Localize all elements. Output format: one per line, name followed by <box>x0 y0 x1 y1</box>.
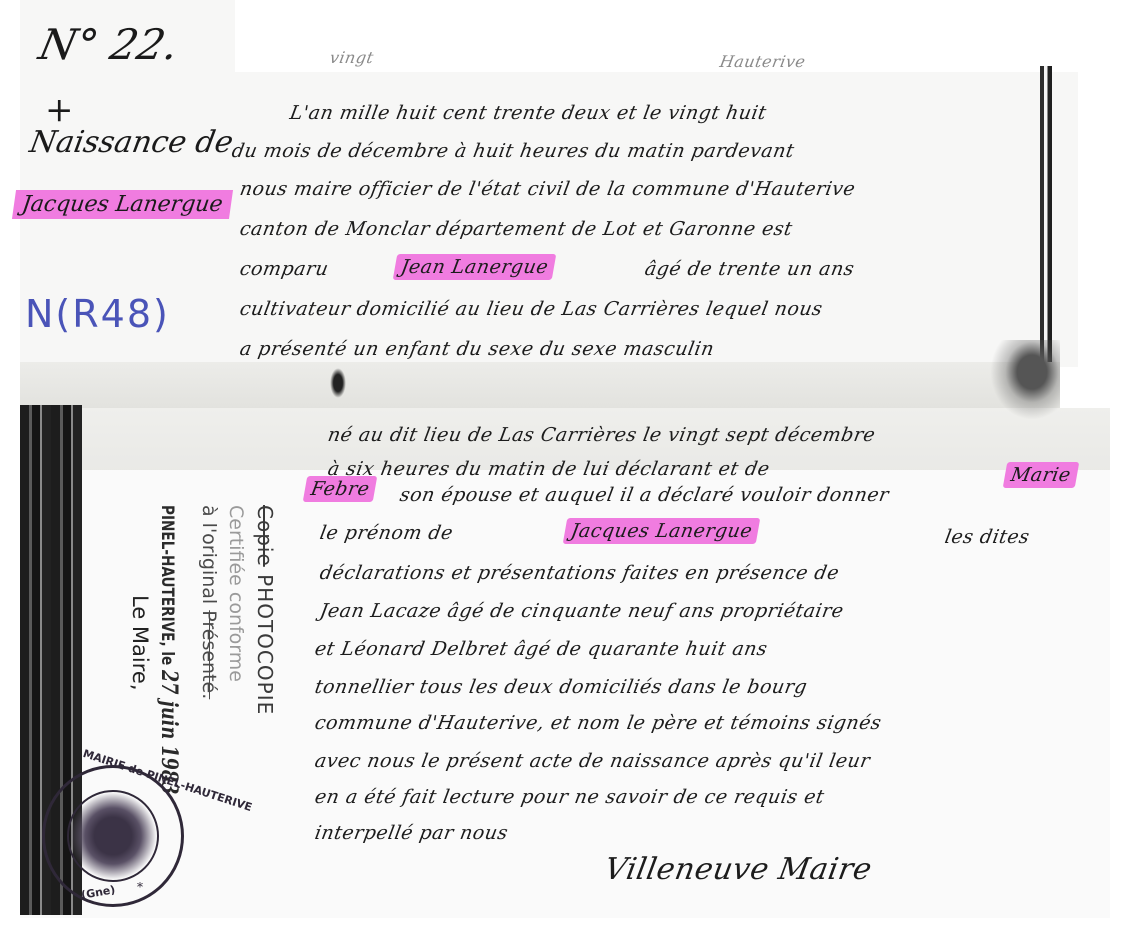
body-line: Jean Lacaze âgé de cinquante neuf ans pr… <box>318 600 845 622</box>
body-line: L'an mille huit cent trente deux et le v… <box>288 102 768 124</box>
body-line: avec nous le présent acte de naissance a… <box>313 750 872 772</box>
body-line: âgé de trente un ans <box>643 258 856 280</box>
stamp-line-original: à l'original Présenté. <box>198 505 220 699</box>
margin-child-name: Jacques Lanergue <box>12 190 233 219</box>
body-line: comparu <box>238 258 330 280</box>
body-line: a présenté un enfant du sexe du sexe mas… <box>238 338 716 360</box>
seal-text-bottom: (Gne) <box>80 883 116 902</box>
body-line: cultivateur domicilié au lieu de Las Car… <box>238 298 824 320</box>
faint-header-text: Hauterive <box>718 52 807 71</box>
mairie-seal: MAIRIE de PINEL-HAUTERIVE (Gne) * <box>42 765 184 907</box>
body-line: commune d'Hauterive, et nom le père et t… <box>313 712 883 734</box>
paper-fold <box>20 362 1060 410</box>
body-line: à six heures du matin de lui déclarant e… <box>326 458 771 480</box>
body-line: nous maire officier de l'état civil de l… <box>238 178 857 200</box>
body-line: déclarations et présentations faites en … <box>318 562 841 584</box>
seal-emblem-icon <box>67 790 159 882</box>
body-line: son épouse et auquel il a déclaré vouloi… <box>398 484 891 506</box>
archive-reference: N(R48) <box>25 292 170 336</box>
mayor-signature: Villeneuve Maire <box>602 852 875 887</box>
mother-first-name-highlight: Marie <box>1003 464 1079 486</box>
ink-blot <box>330 368 346 398</box>
stamp-line-maire: Le Maire, <box>128 595 152 691</box>
body-line: canton de Monclar département de Lot et … <box>238 218 794 240</box>
faint-header-text: vingt <box>328 48 375 67</box>
body-line: tonnellier tous les deux domiciliés dans… <box>313 676 809 698</box>
margin-cross: + <box>45 90 74 130</box>
certification-stamp: Copie PHOTOCOPIE Certifiée conforme à l'… <box>122 505 282 775</box>
torn-corner-shadow <box>990 340 1060 420</box>
stamp-line-photocopie: Copie PHOTOCOPIE <box>253 505 277 715</box>
father-name-highlight: Jean Lanergue <box>393 256 556 278</box>
star-icon: * <box>137 880 143 894</box>
body-line: du mois de décembre à huit heures du mat… <box>230 140 796 162</box>
margin-title: Naissance de <box>27 125 236 160</box>
body-line: et Léonard Delbret âgé de quarante huit … <box>313 638 769 660</box>
body-line: le prénom de <box>318 522 455 544</box>
mother-last-name-highlight: Febre <box>303 478 377 500</box>
stamp-line-place-date: PINEL-HAUTERIVE, le 27 juin 1983 <box>156 505 182 794</box>
body-line: interpellé par nous <box>313 822 510 844</box>
stamp-line-certifiee: Certifiée conforme <box>225 505 247 682</box>
body-line: en a été fait lecture pour ne savoir de … <box>313 786 826 808</box>
body-line: les dites <box>943 526 1031 548</box>
child-name-highlight: Jacques Lanergue <box>563 520 760 542</box>
record-number: N° 22. <box>35 20 183 69</box>
body-line: né au dit lieu de Las Carrières le vingt… <box>326 424 877 446</box>
